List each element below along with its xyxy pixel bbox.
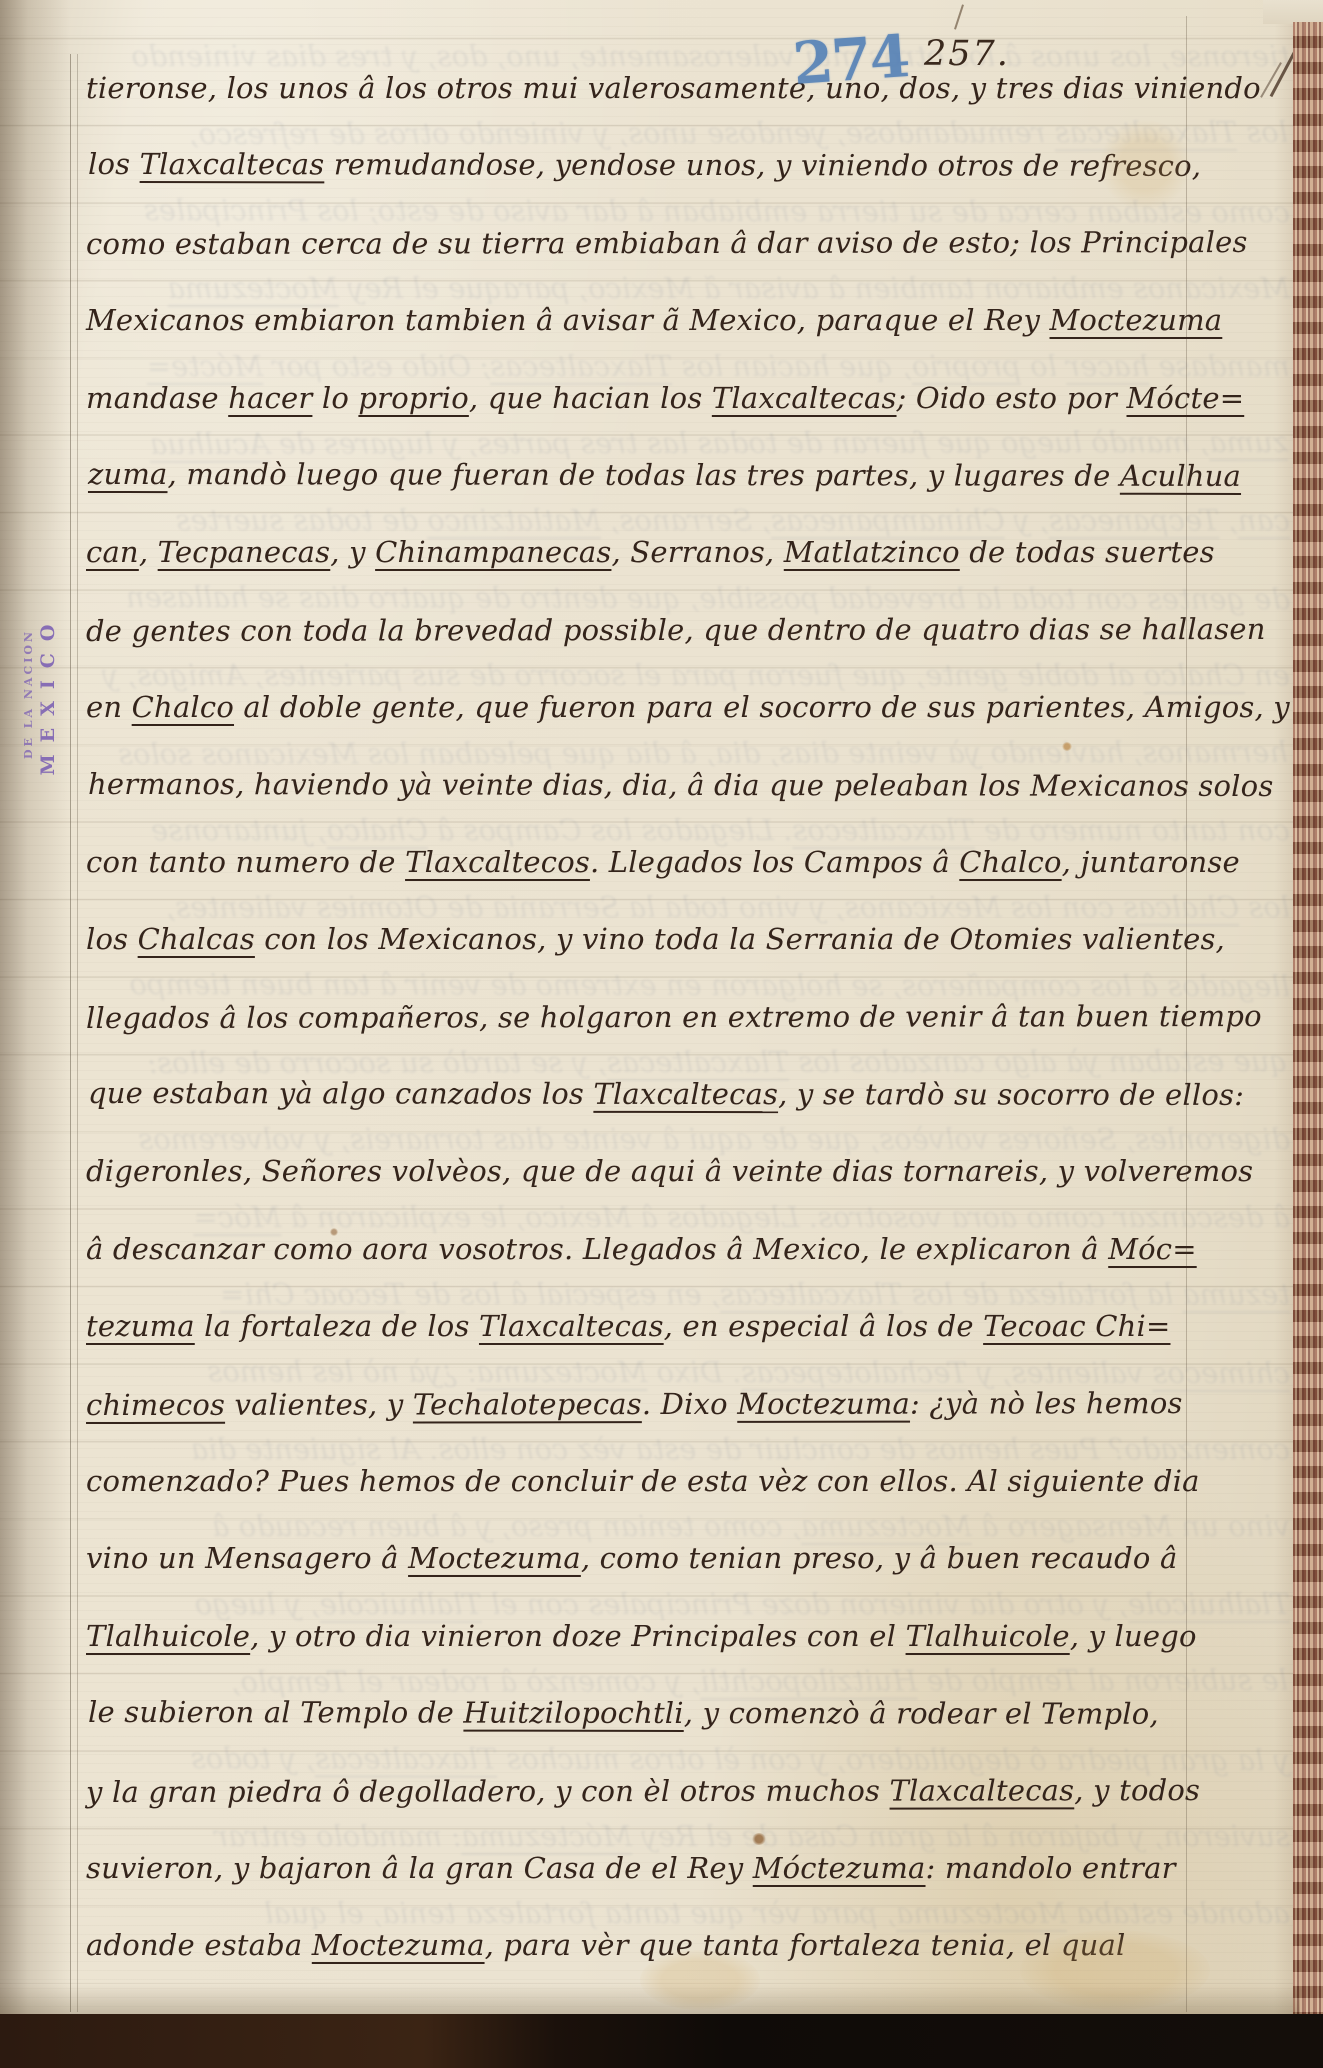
manuscript-line: de gentes con toda la brevedad possible,…: [86, 591, 1292, 670]
manuscript-line: los Tlaxcaltecas remudandose, yendose un…: [88, 126, 1294, 205]
book-fore-edge: [1293, 22, 1323, 2022]
manuscript-line: hermanos, haviendo yà veinte dias, dia, …: [88, 745, 1294, 824]
manuscript-line: vino un Mensagero â Moctezuma, como teni…: [86, 1520, 1292, 1597]
page-top-edge: [1263, 0, 1323, 24]
left-margin-rule: [70, 54, 71, 2012]
manuscript-line: tieronse, los unos â los otros mui valer…: [86, 50, 1292, 127]
manuscript-line: los Chalcas con los Mexicanos, y vino to…: [86, 901, 1292, 978]
manuscript-scan: tieronse, los unos â los otros mui valer…: [0, 0, 1323, 2068]
manuscript-line: mandase hacer lo proprio, que hacian los…: [86, 360, 1292, 437]
binding-gutter: [0, 0, 30, 2022]
manuscript-line: can, Tecpanecas, y Chinampanecas, Serran…: [86, 514, 1292, 591]
left-margin-rule-2: [77, 54, 78, 2012]
archive-stamp-line2: MEXICO: [37, 534, 59, 854]
manuscript-line: â descanzar como aora vosotros. Llegados…: [86, 1211, 1292, 1288]
manuscript-line: en Chalco al doble gente, que fueron par…: [86, 669, 1292, 746]
manuscript-line: que estaban yà algo canzados los Tlaxcal…: [88, 1055, 1294, 1134]
manuscript-line: chimecos valientes, y Techalotepecas. Di…: [86, 1365, 1292, 1444]
manuscript-line: con tanto numero de Tlaxcaltecos. Llegad…: [86, 824, 1292, 901]
manuscript-line: como estaban cerca de su tierra embiaban…: [86, 204, 1292, 283]
manuscript-line: Mexicanos embiaron tambien â avisar ã Me…: [86, 282, 1292, 359]
manuscript-line: le subieron al Templo de Huitzilopochtli…: [88, 1674, 1294, 1753]
manuscript-line: y la gran piedra ô degolladero, y con èl…: [86, 1752, 1292, 1831]
manuscript-line: suvieron, y bajaron â la gran Casa de el…: [86, 1830, 1292, 1907]
manuscript-line: adonde estaba Moctezuma, para vèr que ta…: [86, 1907, 1292, 1984]
manuscript-line: Tlalhuicole, y otro dia vinieron doze Pr…: [86, 1598, 1292, 1675]
folio-number-ink: 257.: [924, 34, 1010, 74]
manuscript-line: zuma, mandò luego que fueran de todas la…: [88, 436, 1294, 515]
manuscript-line: tezuma la fortaleza de los Tlaxcaltecas,…: [86, 1288, 1292, 1365]
manuscript-line: comenzado? Pues hemos de concluir de est…: [86, 1443, 1292, 1520]
page-bottom-shadow: [0, 1984, 1300, 2014]
manuscript-text: tieronse, los unos â los otros mui valer…: [86, 50, 1292, 1985]
manuscript-line: llegados â los compañeros, se holgaron e…: [86, 978, 1292, 1057]
manuscript-line: digeronles, Señores volvèos, que de aqui…: [86, 1133, 1292, 1210]
folio-number-pencil: 274: [791, 22, 911, 98]
table-background: [0, 2014, 1323, 2068]
